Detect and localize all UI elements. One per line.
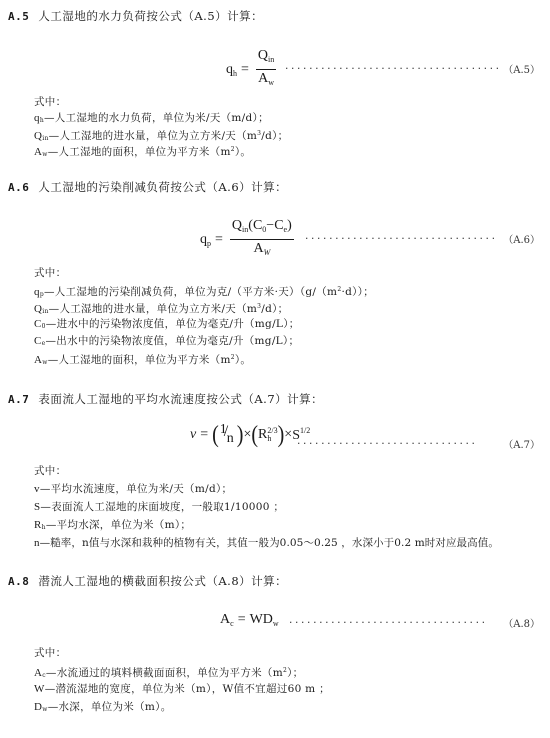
where-label: 式中：	[34, 95, 66, 109]
definition-w: W—潜流湿地的宽度，单位为米（m），W值不宜超过60 m ；	[34, 682, 330, 696]
section-heading-a8: A.8潜流人工湿地的横截面积按公式（A.8）计算：	[8, 573, 287, 589]
formula-a7: v = ( 1 / n ) × ( R2/3h ) × S1/2	[190, 424, 310, 446]
section-title: 表面流人工湿地的平均水流速度按公式（A.7）计算：	[38, 392, 323, 406]
where-label: 式中：	[34, 646, 66, 660]
definition-v: v—平均水流速度，单位为米/天（m/d）；	[34, 482, 232, 496]
definition-aw: Aw—人工湿地的面积，单位为平方米（m2）。	[34, 351, 251, 370]
slash-fraction: 1 / n	[219, 424, 237, 446]
formula-a6: qp = Qin(C0−Ce) AW	[200, 218, 297, 261]
section-number: A.6	[8, 181, 29, 194]
definition-s: S—表面流人工湿地的床面坡度，一般取1/10000 ；	[34, 500, 284, 514]
definition-rh: Rh—平均水深，单位为米（m）；	[34, 518, 191, 535]
section-number: A.5	[8, 10, 29, 23]
leader-dots: .................................	[288, 616, 487, 626]
definition-ac: Ac—水流通过的填料横截面面积，单位为平方米（m2）；	[34, 664, 303, 683]
section-number: A.8	[8, 575, 29, 588]
fraction: Qin Aw	[256, 48, 276, 91]
fraction: Qin(C0−Ce) AW	[230, 218, 294, 261]
definition-aw: Aw—人工湿地的面积，单位为平方米（m2）。	[34, 143, 251, 162]
equation-number: （A.7）	[503, 436, 540, 451]
definition-ce: Ce—出水中的污染物浓度值，单位为毫克/升（mg/L）；	[34, 334, 299, 351]
where-label: 式中：	[34, 464, 66, 478]
equation-number: （A.5）	[503, 61, 540, 76]
leader-dots: ................................	[304, 232, 497, 242]
leader-dots: ..............................	[296, 437, 477, 447]
leader-dots: ....................................	[284, 62, 501, 72]
section-heading-a7: A.7表面流人工湿地的平均水流速度按公式（A.7）计算：	[8, 391, 323, 407]
section-title: 人工湿地的水力负荷按公式（A.5）计算：	[38, 9, 263, 23]
equation-number: （A.6）	[503, 231, 540, 246]
section-heading-a5: A.5人工湿地的水力负荷按公式（A.5）计算：	[8, 8, 263, 24]
formula-a8: Ac = WDw	[220, 612, 279, 628]
definition-c0: C0—进水中的污染物浓度值，单位为毫克/升（mg/L）；	[34, 317, 300, 334]
definition-dw: Dw—水深，单位为米（m）。	[34, 700, 172, 717]
section-number: A.7	[8, 393, 29, 406]
where-label: 式中：	[34, 266, 66, 280]
equation-number: （A.8）	[503, 615, 540, 630]
section-heading-a6: A.6人工湿地的污染削减负荷按公式（A.6）计算：	[8, 179, 287, 195]
definition-qh: qh—人工湿地的水力负荷，单位为米/天（m/d）；	[34, 111, 269, 128]
formula-a5: qh = Qin Aw	[226, 48, 279, 91]
definition-n: n—糙率，n值与水深和栽种的植物有关，其值一般为0.05～0.25 ，水深小于0…	[34, 536, 499, 550]
section-title: 人工湿地的污染削减负荷按公式（A.6）计算：	[38, 180, 287, 194]
section-title: 潜流人工湿地的横截面积按公式（A.8）计算：	[38, 574, 287, 588]
